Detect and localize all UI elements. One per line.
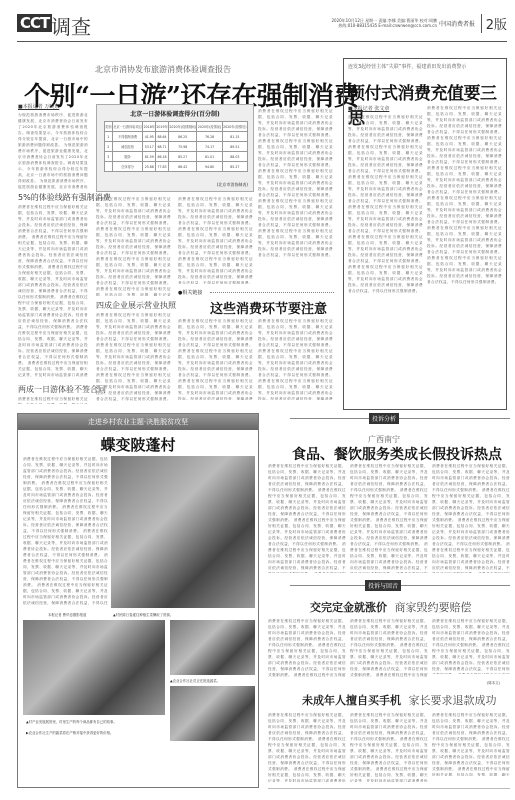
minor-body-col3: 消费者在维权过程中应当保留好相关证据，包括合同、发票、收据、聊天记录等，并及时向…	[432, 712, 510, 776]
related-label: ●相关链接	[178, 289, 202, 296]
paper-name: 中国消费者报	[439, 19, 475, 28]
table-row: 2诚信经营53.1768.7175.9874.1789.51	[105, 142, 248, 152]
feature-credit: 本报记者 曹华忠摄影报道	[48, 612, 86, 617]
complaint-body-col1: 消费者在维权过程中应当保留好相关证据，包括合同、发票、收据、聊天记录等，并及时向…	[268, 463, 346, 573]
prepaid-body-col1: 消费者在维权过程中应当保留好相关证据，包括合同、发票、收据、聊天记录等，并及时向…	[348, 114, 423, 404]
prepaid-story-box: 连发3起经营主体“失联”事件，福建莆田发出消费警示 预付式消费充值要三思 ■本报…	[343, 58, 507, 410]
complaint2-body-col1: 消费者在维权过程中应当保留好相关证据，包括合同、发票、收据、聊天记录等，并及时向…	[268, 618, 346, 678]
complaint-body-col3: 消费者在维权过程中应当保留好相关证据，包括合同、发票、收据、聊天记录等，并及时向…	[432, 463, 510, 573]
complaint-body-col2: 消费者在维权过程中应当保留好相关证据，包括合同、发票、收据、聊天记录等，并及时向…	[350, 463, 428, 573]
photo-workers	[170, 686, 255, 741]
feature-banner: 走进乡村农业主题·决胜脱贫攻坚	[18, 414, 258, 430]
bottom-rule	[268, 788, 510, 789]
complaint2-author: (陈本文)	[487, 680, 500, 685]
table-row: 1不得强制消费41.9588.6486.2576.2881.15	[105, 132, 248, 142]
table-row: 总体得分25.8877.8386.4294.8085.27	[105, 162, 248, 172]
lead-body-col2: 消费者在维权过程中应当保留好相关证据，包括合同、发票、收据、聊天记录等，并及时向…	[96, 196, 171, 296]
complaint-tag: 投诉分析	[369, 413, 399, 424]
lead-body-col3: 消费者在维权过程中应当保留好相关证据，包括合同、发票、收据、聊天记录等，并及时向…	[178, 196, 253, 284]
lead-body-col4: 消费者在维权过程中应当保留好相关证据，包括合同、发票、收据、聊天记录等，并及时向…	[258, 108, 333, 258]
prepaid-byline: ■本报记者 张文章	[348, 105, 389, 112]
section-title: 调查	[51, 11, 91, 40]
photo-caption-1: ▲村民陈日春遂往种植生菜赚取了资源。	[113, 612, 173, 617]
issue-meta: 2020年10月12日 星期一 责编:李娜 美编:曹丽华 校对:周鹏 热线:01…	[257, 18, 437, 28]
photo-vegetables	[170, 620, 255, 675]
related-divider	[210, 292, 334, 293]
complaint2-tag: 投诉与回音	[365, 580, 401, 591]
lead-body-col1b: 消费者在维权过程中应当保留好相关证据，包括合同、发票、收据、聊天记录等，并及时向…	[18, 396, 88, 404]
complaint2-body-col3: 消费者在维权过程中应当保留好相关证据，包括合同、发票、收据、聊天记录等，并及时向…	[432, 618, 510, 674]
lead-byline: ■本报记者 万晓东	[18, 103, 59, 110]
related-body-col1: 消费者在维权过程中应当保留好相关证据，包括合同、发票、收据、聊天记录等，并及时向…	[178, 318, 253, 400]
complaint-divider	[290, 418, 510, 419]
feature-headline: 蝶变陂蓬村	[18, 434, 258, 455]
minor-body-col2: 消费者在维权过程中应当保留好相关证据，包括合同、发票、收据、聊天记录等，并及时向…	[350, 712, 428, 782]
photo-caption-3: ▶农业合作社生产的蔬菜将在产销对接中获得更好的价格。	[26, 730, 166, 735]
photo-exhibit	[23, 620, 165, 715]
lead-body-col2b: 消费者在维权过程中应当保留好相关证据，包括合同、发票、收据、聊天记录等，并及时向…	[96, 312, 171, 402]
subhead-contract: 两成一日游体验不签合同	[18, 384, 106, 395]
table-title: 北京一日游体验调查得分(百分制)	[97, 109, 253, 118]
feature-box: 走进乡村农业主题·决胜脱贫攻坚 蝶变陂蓬村 消费者在维权过程中应当保留好相关证据…	[17, 413, 259, 788]
complaint2-headline: 交完定金就涨价 商家毁约要赔偿	[310, 599, 472, 615]
masthead: CCT 调查 2020年10月12日 星期一 责编:李娜 美编:曹丽华 校对:周…	[17, 12, 507, 42]
complaint-headline: 食品、餐饮服务类成长假投诉热点	[292, 444, 502, 464]
photo-caption-2: ▲村产业发展展馆里，村里生产的每个商品都有自己的故事。	[26, 719, 166, 724]
lead-kicker: 北京市消协发布旅游消费体验调查报告	[95, 64, 231, 75]
complaint2-body-col2: 消费者在维权过程中应当保留好相关证据，包括合同、发票、收据、聊天记录等，并及时向…	[350, 618, 428, 678]
survey-table: 北京一日游体验调查得分(百分制) 类别北京一日游体验项目2018年2019年20…	[96, 104, 254, 192]
table-row: 3服务81.5986.1885.2781.0188.03	[105, 152, 248, 162]
photo-farmer	[111, 456, 255, 608]
photo-caption-4: ▲农业合作社社员正在挑选蔬菜。	[170, 678, 220, 683]
lead-body-col1: 消费者在维权过程中应当保留好相关证据，包括合同、发票、收据、聊天记录等，并及时向…	[18, 204, 88, 379]
minor-headline: 未成年人擅自买手机 家长要求退款成功	[302, 692, 497, 708]
prepaid-kicker: 连发3起经营主体“失联”事件，福建莆田发出消费警示	[348, 64, 502, 71]
prepaid-body-col2: 消费者在维权过程中应当保留好相关证据，包括合同、发票、收据、聊天记录等，并及时向…	[427, 105, 502, 404]
page-number: 2版	[481, 14, 507, 33]
related-body-col2: 消费者在维权过程中应当保留好相关证据，包括合同、发票、收据、聊天记录等，并及时向…	[258, 318, 333, 400]
logo: CCT	[17, 14, 52, 32]
minor-body-col1: 消费者在维权过程中应当保留好相关证据，包括合同、发票、收据、聊天记录等，并及时向…	[268, 712, 346, 782]
subhead-license: 四成企业展示营业执照	[96, 300, 176, 311]
lead-body: 为规范旅游消费市场秩序，促进旅游业健康发展，北京市消费者协会日前发布了2020年…	[18, 112, 88, 190]
feature-body: 消费者在维权过程中应当保留好相关证据，包括合同、发票、收据、聊天记录等，并及时向…	[23, 456, 108, 606]
related-headline: 这些消费环节要注意	[210, 298, 327, 317]
score-table: 类别北京一日游体验项目2018年2019年2020年(疫情期间)2020年(疫情…	[104, 121, 248, 172]
table-source: (北京市消协制表)	[217, 182, 248, 188]
